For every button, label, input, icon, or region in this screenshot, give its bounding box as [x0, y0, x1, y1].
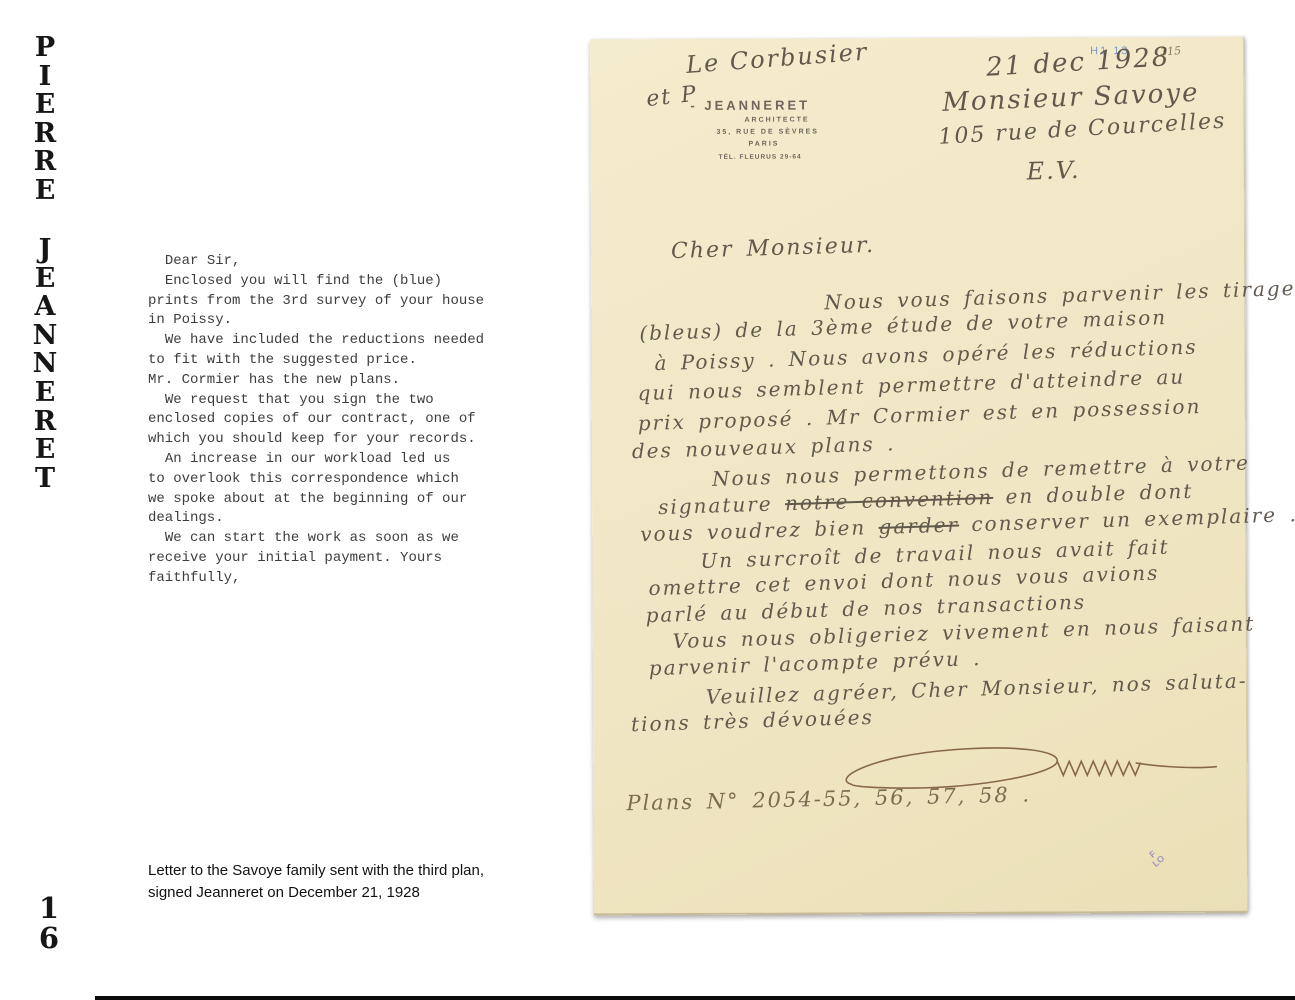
handwritten-le-corbusier: Le Corbusier — [685, 38, 869, 79]
line-part: en double dont — [993, 479, 1194, 509]
crossed-out-word: notre convention — [785, 485, 994, 515]
archive-stamp: F LO — [1145, 847, 1166, 869]
figure-caption: Letter to the Savoye family sent with th… — [148, 860, 548, 903]
line-part: vous voudrez bien — [640, 515, 879, 546]
handwritten-date: 21 dec 1928 — [985, 42, 1171, 82]
translation-text: Dear Sir, Enclosed you will find the (bl… — [148, 252, 528, 589]
handwritten-ev: E.V. — [1026, 156, 1081, 186]
crossed-out-word: garder — [878, 512, 959, 538]
line-part: signature — [658, 491, 786, 519]
letter-scan: Le Corbusier et P - JEANNERET ARCHITECTE… — [590, 37, 1248, 916]
handwritten-plans-note: Plans N° 2054-55, 56, 57, 58 . — [626, 782, 1031, 815]
letterhead-title: ARCHITECTE — [744, 116, 809, 123]
page-number: 16 — [34, 894, 64, 953]
letterhead-name: - JEANNERET — [690, 97, 810, 113]
margin-author-last-name: JEANNERET — [30, 236, 60, 493]
letterhead-telephone: TÉL. FLEURUS 29-64 — [719, 154, 802, 161]
letterhead-street: 35, RUE DE SÈVRES — [716, 128, 818, 135]
book-edge-line — [95, 996, 1295, 1000]
margin-author-first-name: PIERRE — [30, 34, 60, 206]
handwritten-line: tions très dévouées — [631, 705, 874, 736]
letterhead-city: PARIS — [749, 141, 780, 148]
handwritten-line: des nouveaux plans . — [632, 431, 896, 463]
handwritten-salutation: Cher Monsieur. — [671, 233, 876, 264]
